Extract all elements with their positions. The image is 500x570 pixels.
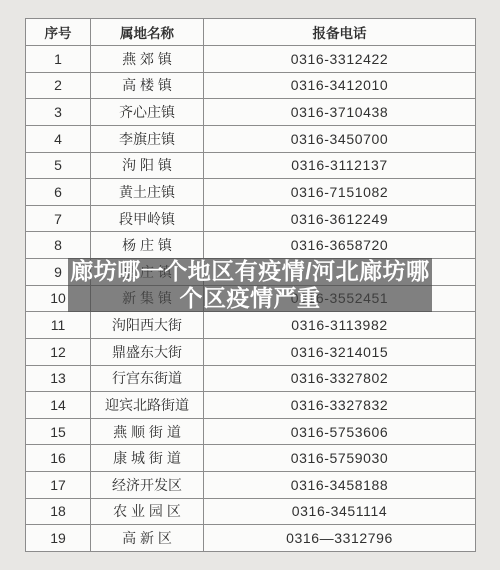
row-no: 18 [26,498,91,525]
table-header: 序号 属地名称 报备电话 [26,19,476,46]
caption-overlay: 廊坊哪一个地区有疫情/河北廊坊哪 个区疫情严重 [68,258,432,312]
row-no: 2 [26,72,91,99]
row-name: 燕 顺 街 道 [91,418,204,445]
header-report-phone: 报备电话 [204,19,476,46]
row-no: 1 [26,46,91,73]
caption-line-1: 廊坊哪一个地区有疫情/河北廊坊哪 [68,258,432,285]
row-phone: 0316-3327802 [204,365,476,392]
caption-line-2: 个区疫情严重 [68,285,432,312]
table-row: 17 经济开发区 0316-3458188 [26,472,476,499]
table-row: 16 康 城 街 道 0316-5759030 [26,445,476,472]
table-row: 18 农 业 园 区 0316-3451114 [26,498,476,525]
table-row: 3 齐心庄镇 0316-3710438 [26,99,476,126]
table-row: 4 李旗庄镇 0316-3450700 [26,125,476,152]
row-phone: 0316-3214015 [204,338,476,365]
row-phone: 0316-5759030 [204,445,476,472]
row-phone: 0316-3451114 [204,498,476,525]
row-name: 段甲岭镇 [91,205,204,232]
row-no: 3 [26,99,91,126]
row-name: 行宫东街道 [91,365,204,392]
table-row: 7 段甲岭镇 0316-3612249 [26,205,476,232]
table-row: 11 泃阳西大街 0316-3113982 [26,312,476,339]
row-phone: 0316-3327832 [204,392,476,419]
row-no: 7 [26,205,91,232]
row-phone: 0316-5753606 [204,418,476,445]
row-name: 鼎盛东大街 [91,338,204,365]
row-name: 黄土庄镇 [91,179,204,206]
row-no: 17 [26,472,91,499]
row-phone: 0316-3458188 [204,472,476,499]
row-phone: 0316-3412010 [204,72,476,99]
row-name: 高 新 区 [91,525,204,552]
row-phone: 0316-3312422 [204,46,476,73]
header-serial-number: 序号 [26,19,91,46]
row-phone: 0316-3658720 [204,232,476,259]
row-name: 经济开发区 [91,472,204,499]
row-no: 5 [26,152,91,179]
row-no: 14 [26,392,91,419]
table-row: 2 高 楼 镇 0316-3412010 [26,72,476,99]
row-name: 泃 阳 镇 [91,152,204,179]
row-phone: 0316-3113982 [204,312,476,339]
row-name: 康 城 街 道 [91,445,204,472]
row-phone: 0316-3112137 [204,152,476,179]
row-name: 李旗庄镇 [91,125,204,152]
row-name: 迎宾北路街道 [91,392,204,419]
table-row: 5 泃 阳 镇 0316-3112137 [26,152,476,179]
table-row: 1 燕 郊 镇 0316-3312422 [26,46,476,73]
row-no: 11 [26,312,91,339]
screenshot-stage: 序号 属地名称 报备电话 1 燕 郊 镇 0316-3312422 2 高 楼 … [0,0,500,570]
table-row: 19 高 新 区 0316—3312796 [26,525,476,552]
row-no: 15 [26,418,91,445]
row-name: 高 楼 镇 [91,72,204,99]
row-no: 6 [26,179,91,206]
row-name: 杨 庄 镇 [91,232,204,259]
table-row: 14 迎宾北路街道 0316-3327832 [26,392,476,419]
row-name: 齐心庄镇 [91,99,204,126]
row-no: 12 [26,338,91,365]
row-phone: 0316-3450700 [204,125,476,152]
row-phone: 0316—3312796 [204,525,476,552]
table-row: 6 黄土庄镇 0316-7151082 [26,179,476,206]
table-row: 15 燕 顺 街 道 0316-5753606 [26,418,476,445]
row-phone: 0316-7151082 [204,179,476,206]
row-no: 4 [26,125,91,152]
row-no: 16 [26,445,91,472]
table-row: 13 行宫东街道 0316-3327802 [26,365,476,392]
row-no: 8 [26,232,91,259]
row-name: 泃阳西大街 [91,312,204,339]
row-no: 19 [26,525,91,552]
row-no: 13 [26,365,91,392]
table-row: 8 杨 庄 镇 0316-3658720 [26,232,476,259]
row-phone: 0316-3612249 [204,205,476,232]
row-name: 燕 郊 镇 [91,46,204,73]
row-phone: 0316-3710438 [204,99,476,126]
row-name: 农 业 园 区 [91,498,204,525]
header-area-name: 属地名称 [91,19,204,46]
table-row: 12 鼎盛东大街 0316-3214015 [26,338,476,365]
